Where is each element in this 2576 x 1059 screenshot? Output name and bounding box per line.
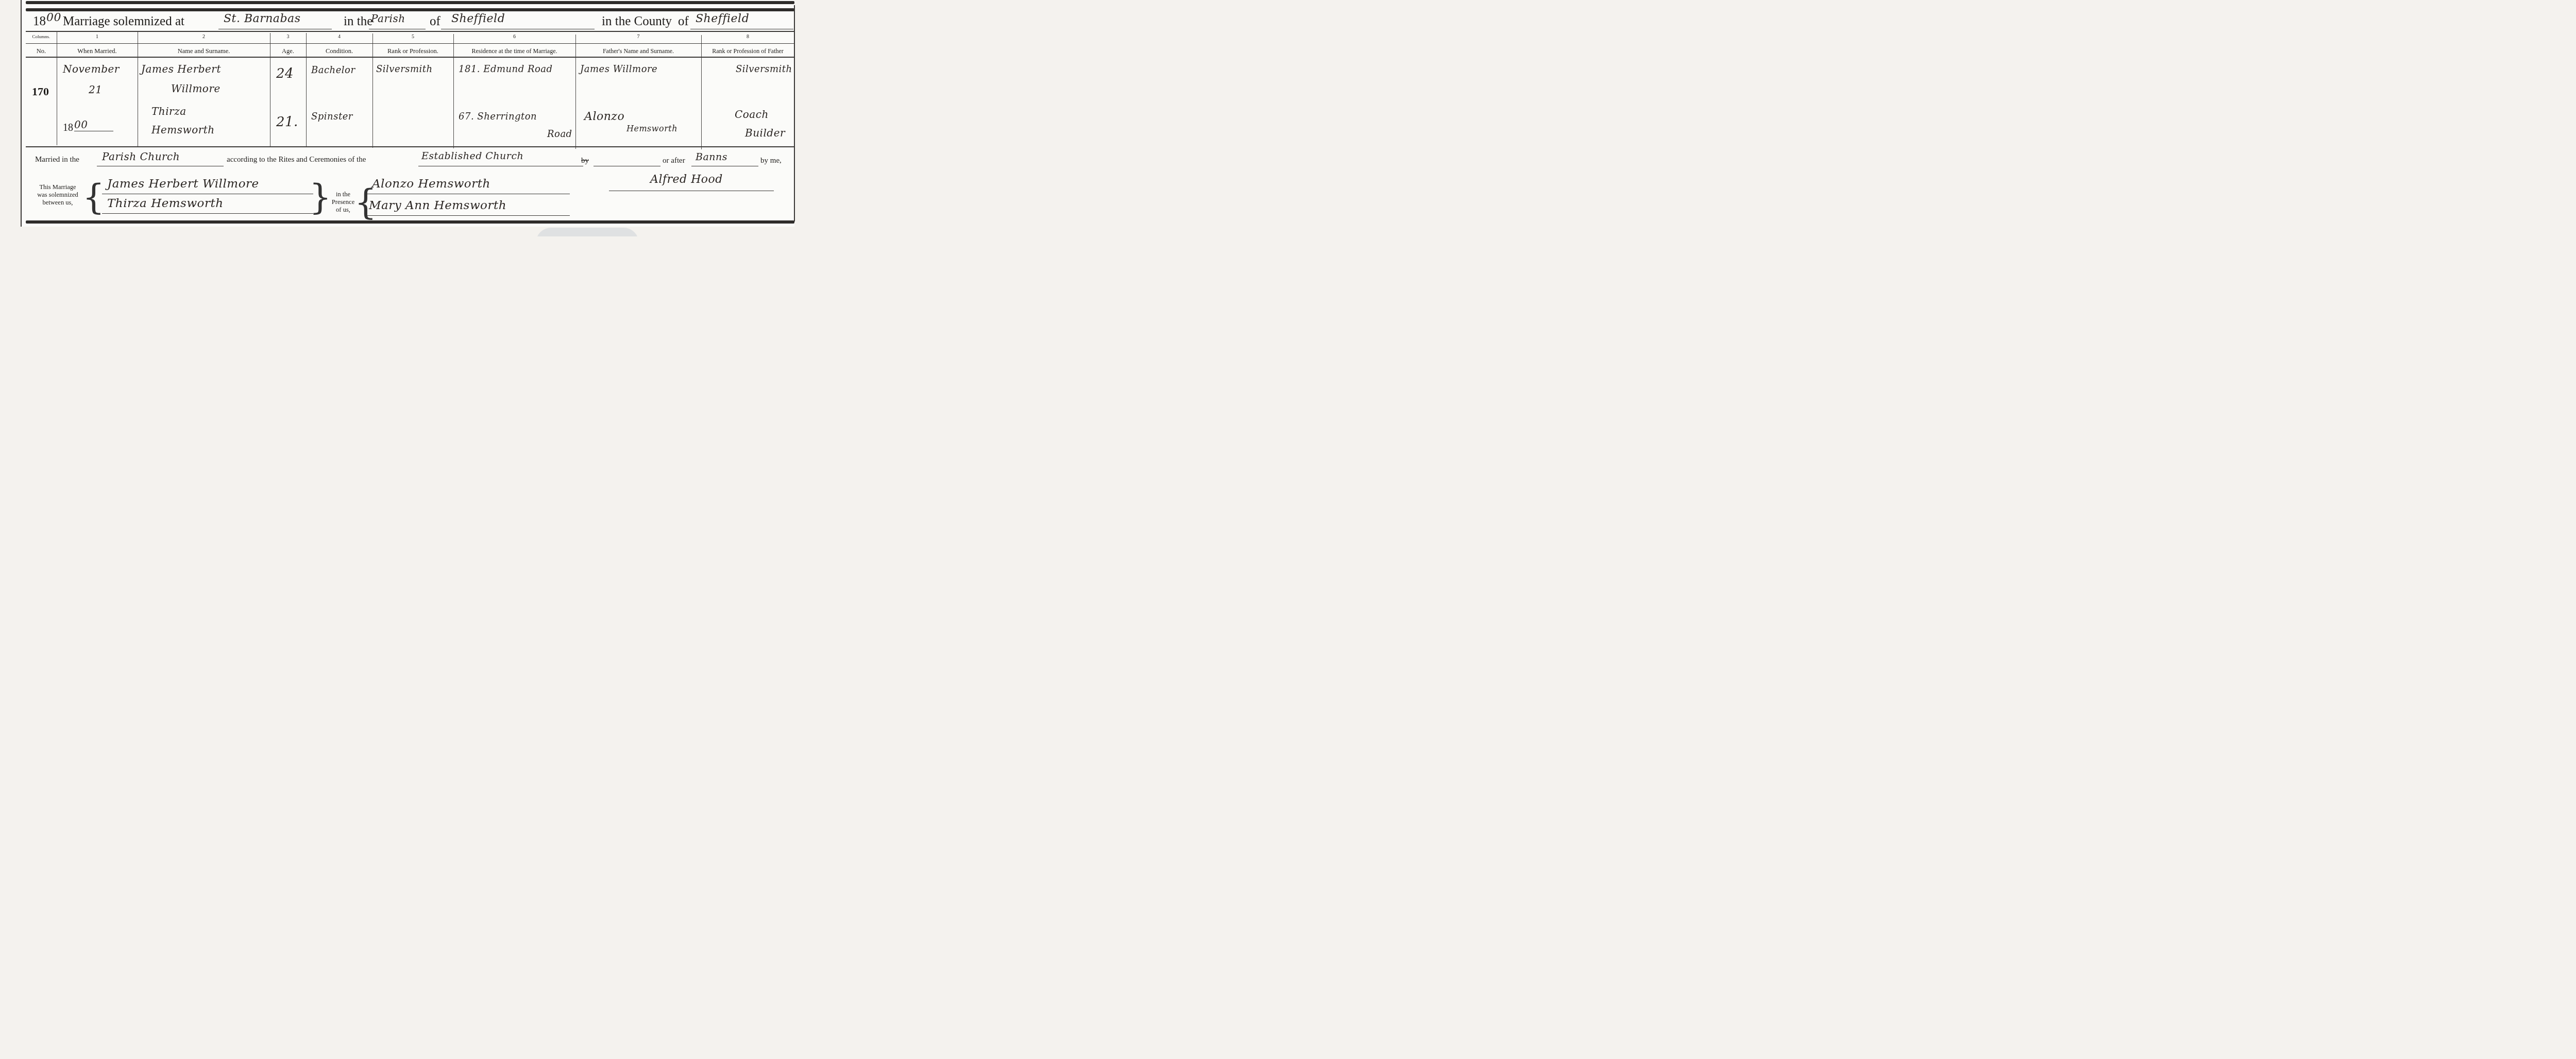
licence-blank <box>594 166 660 166</box>
district-field: Sheffield <box>441 11 595 29</box>
bride-father-rank-line2: Builder <box>745 127 785 139</box>
column-header-condition: Condition. <box>306 47 372 55</box>
groom-age: 24 <box>276 66 294 81</box>
presence-label-line1: in the <box>328 191 359 198</box>
officiant-signature-field: Alfred Hood <box>609 173 774 191</box>
venue: Parish Church <box>102 150 180 163</box>
column-number: 4 <box>306 34 372 40</box>
banns: Banns <box>696 151 727 163</box>
groom-rank: Silversmith <box>376 64 433 75</box>
groom-signature: James Herbert Willmore <box>107 177 259 191</box>
right-border <box>794 5 795 221</box>
witness-1-signature: Alonzo Hemsworth <box>372 177 490 191</box>
district-type-field: Parish <box>369 11 426 29</box>
label-married-in-the: Married in the <box>35 156 79 164</box>
entry-bottom-rule <box>26 146 794 147</box>
label-in-the: in the <box>344 14 372 29</box>
banns-field: Banns <box>691 150 758 166</box>
column-header-when-married: When Married. <box>57 47 138 55</box>
year-printed: 18 <box>33 14 46 29</box>
officiant-signature: Alfred Hood <box>650 173 723 186</box>
church-type: Established Church <box>421 150 523 162</box>
column-number: 2 <box>138 34 270 40</box>
label-in-the-county: in the County <box>602 14 672 29</box>
column-header-father-name: Father's Name and Surname. <box>575 47 701 55</box>
label-by-me: by me, <box>760 157 782 165</box>
bride-signature: Thirza Hemsworth <box>107 197 224 210</box>
groom-residence: 181. Edmund Road <box>459 64 553 75</box>
top-border-rule <box>26 1 794 4</box>
bride-residence-line2: Road <box>547 129 572 140</box>
church-type-field: Established Church <box>418 149 583 166</box>
column-number: 5 <box>372 34 453 40</box>
entry-number: 170 <box>32 85 49 98</box>
church-name: St. Barnabas <box>224 12 300 25</box>
solemnized-label-line2: was solemnized <box>32 191 83 199</box>
column-header-no: No. <box>26 47 57 55</box>
column-number: 8 <box>701 34 794 40</box>
label-marriage-solemnized-at: Marriage solemnized at <box>63 14 184 29</box>
register-page: 18 00 Marriage solemnized at St. Barnaba… <box>21 0 794 227</box>
bride-father-name-line2: Hemsworth <box>626 124 677 133</box>
column-header-name: Name and Surname. <box>138 47 270 55</box>
column-number: 7 <box>575 34 701 40</box>
presence-label: in the Presence of us, <box>328 191 359 214</box>
label-or-after: or after <box>663 157 685 165</box>
page-clip-shadow <box>536 228 639 236</box>
solemnized-label: This Marriage was solemnized between us, <box>32 183 83 207</box>
presence-label-line2: Presence <box>328 198 359 206</box>
column-number-rule <box>26 43 794 44</box>
left-brace-icon: { <box>82 180 105 215</box>
when-married-year-hand: 00 <box>74 118 113 131</box>
column-header-rank: Rank or Profession. <box>372 47 453 55</box>
when-married-month: November <box>63 63 120 75</box>
groom-father-rank: Silversmith <box>736 64 792 75</box>
register-title-row: 18 00 Marriage solemnized at St. Barnaba… <box>33 11 795 32</box>
bride-age: 21. <box>276 114 298 130</box>
header-rule <box>26 31 794 32</box>
witness-2-signature: Mary Ann Hemsworth <box>369 199 506 212</box>
column-header-father-rank: Rank or Profession of Father <box>701 47 794 55</box>
church-field: St. Barnabas <box>218 11 332 29</box>
groom-name-line2: Willmore <box>171 82 221 95</box>
groom-name-line1: James Herbert <box>141 63 221 75</box>
column-number: 1 <box>57 34 138 40</box>
bride-signature-field: Thirza Hemsworth <box>102 197 313 214</box>
county-field: Sheffield <box>690 11 793 29</box>
year-handwritten: 00 <box>46 11 61 24</box>
groom-signature-field: James Herbert Willmore <box>102 177 313 194</box>
venue-field: Parish Church <box>97 149 224 166</box>
label-of-county: of <box>678 14 689 29</box>
column-header-age: Age. <box>270 47 306 55</box>
district-name: Sheffield <box>451 12 505 25</box>
columns-label: Columns. <box>26 34 57 39</box>
label-according-to: according to the Rites and Ceremonies of… <box>227 156 366 164</box>
county-name: Sheffield <box>696 12 749 25</box>
when-married-day: 21 <box>89 83 102 96</box>
bottom-border-rule <box>26 220 794 224</box>
district-type: Parish <box>371 12 405 25</box>
column-header-residence: Residence at the time of Marriage. <box>453 47 575 55</box>
column-header-rule <box>26 57 794 58</box>
bride-name-line2: Hemsworth <box>151 124 215 136</box>
groom-father-name: James Willmore <box>580 64 657 75</box>
label-by-struck: by <box>581 157 589 165</box>
bride-father-name-line1: Alonzo <box>584 110 624 123</box>
when-married-year-printed: 18 <box>63 122 73 134</box>
witness-2-field: Mary Ann Hemsworth <box>367 199 570 216</box>
bride-condition: Spinster <box>311 111 353 122</box>
bride-name-line1: Thirza <box>151 105 187 117</box>
solemnized-label-line3: between us, <box>32 199 83 207</box>
witness-1-field: Alonzo Hemsworth <box>367 177 570 194</box>
column-number: 3 <box>270 34 306 40</box>
groom-condition: Bachelor <box>311 65 355 76</box>
presence-label-line3: of us, <box>328 206 359 214</box>
bride-residence-line1: 67. Sherrington <box>459 111 537 122</box>
label-of: of <box>430 14 440 29</box>
solemnized-label-line1: This Marriage <box>32 183 83 191</box>
column-number: 6 <box>453 34 575 40</box>
bride-father-rank-line1: Coach <box>735 108 769 121</box>
